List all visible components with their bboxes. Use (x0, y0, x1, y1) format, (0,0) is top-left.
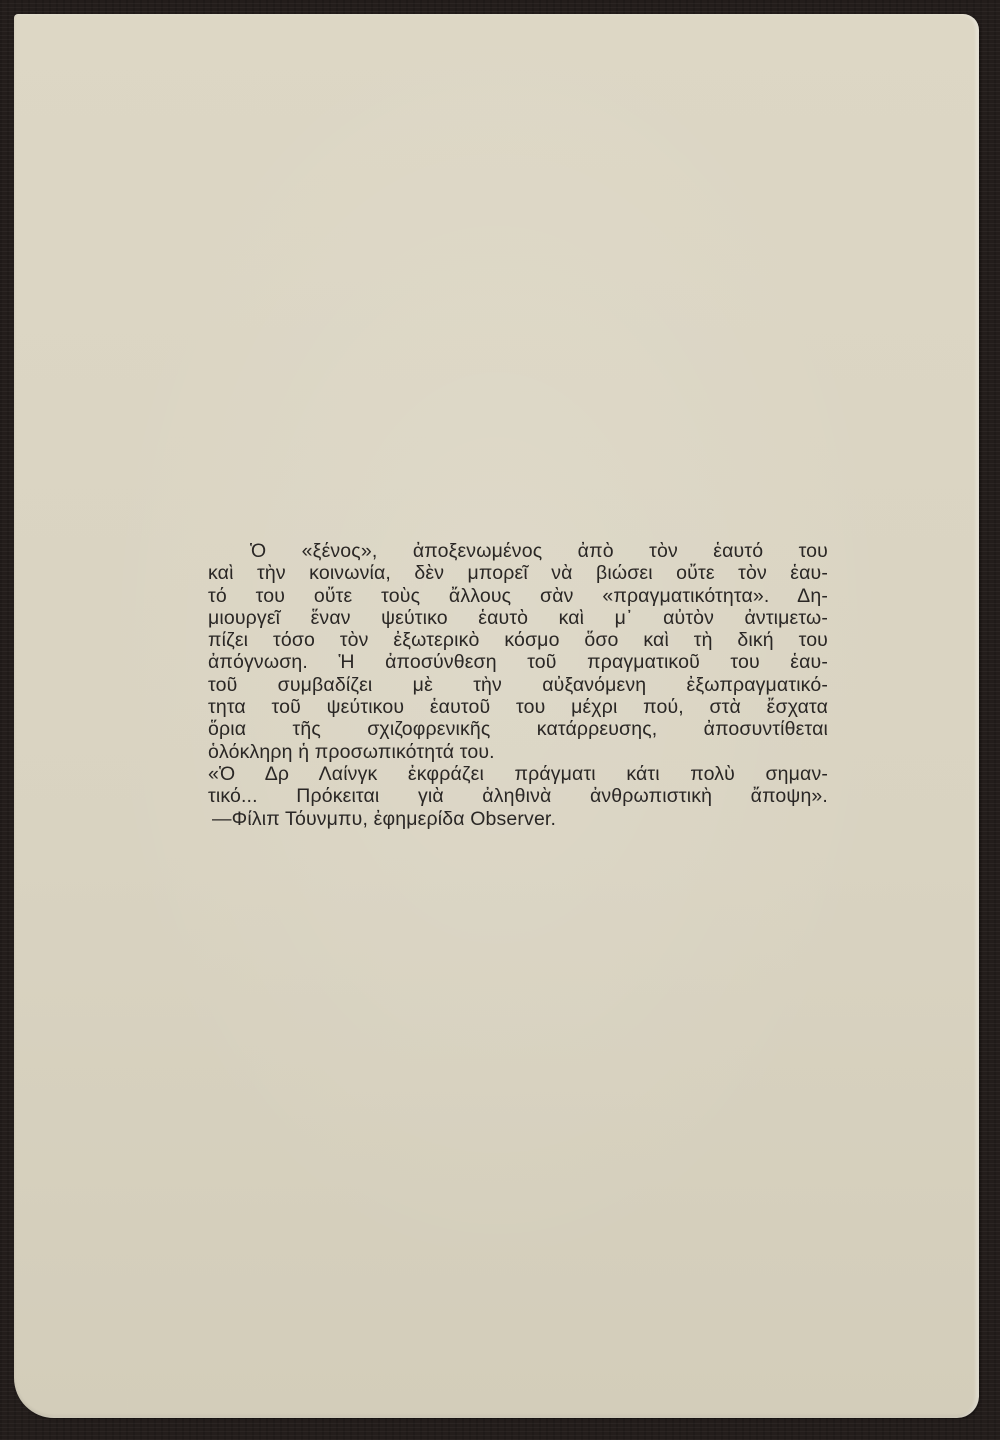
blurb-line: τό του οὔτε τοὺς ἄλλους σὰν «πραγματικότ… (208, 585, 828, 607)
blurb-line: πίζει τόσο τὸν ἐξωτερικὸ κόσμο ὅσο καὶ τ… (208, 629, 828, 651)
blurb-line: Ὁ «ξένος», ἀποξενωμένος ἀπὸ τὸν ἑαυτό το… (208, 540, 828, 562)
quote-line: τικό... Πρόκειται γιὰ ἀληθινὰ ἀνθρωπιστι… (208, 785, 828, 807)
blurb-line: ὁλόκληρη ἡ προσωπικότητά του. (208, 741, 828, 763)
quote-attribution: —Φίλιπ Τόυνμπυ, ἐφημερίδα Observer. (208, 808, 828, 830)
quote-line: «Ὁ Δρ Λαίνγκ ἐκφράζει πράγματι κάτι πολὺ… (208, 763, 828, 785)
blurb-line: μιουργεῖ ἕναν ψεύτικο ἑαυτὸ καὶ μ᾿ αὐτὸν… (208, 607, 828, 629)
blurb-line: ἀπόγνωση. Ἡ ἀποσύνθεση τοῦ πραγματικοῦ τ… (208, 651, 828, 673)
book-back-cover: Ὁ «ξένος», ἀποξενωμένος ἀπὸ τὸν ἑαυτό το… (14, 14, 979, 1418)
blurb-line: τητα τοῦ ψεύτικου ἑαυτοῦ του μέχρι πού, … (208, 696, 828, 718)
blurb-line: ὅρια τῆς σχιζοφρενικῆς κατάρρευσης, ἀποσ… (208, 718, 828, 740)
blurb-line: καὶ τὴν κοινωνία, δὲν μπορεῖ νὰ βιώσει ο… (208, 562, 828, 584)
blurb-text: Ὁ «ξένος», ἀποξενωμένος ἀπὸ τὸν ἑαυτό το… (208, 540, 828, 830)
blurb-line: τοῦ συμβαδίζει μὲ τὴν αὐξανόμενη ἐξωπραγ… (208, 674, 828, 696)
